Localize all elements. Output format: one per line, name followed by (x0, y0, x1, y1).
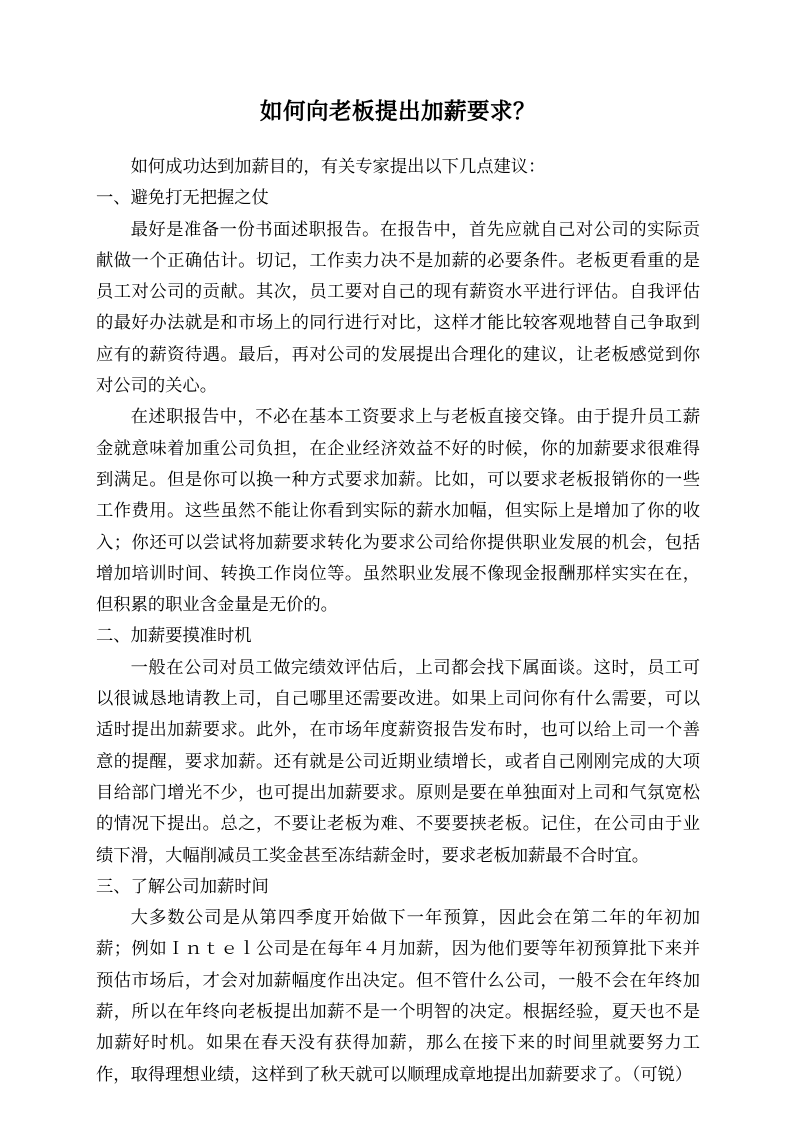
section-3-paragraph-1: 大多数公司是从第四季度开始做下一年预算，因此会在第二年的年初加薪；例如Ｉｎｔｅｌ… (96, 902, 700, 1090)
document-body: 如何成功达到加薪目的，有关专家提出以下几点建议： 一、避免打无把握之仗 最好是准… (96, 151, 700, 1090)
document-title: 如何向老板提出加薪要求？ (96, 97, 700, 127)
section-2-paragraph-1: 一般在公司对员工做完绩效评估后，上司都会找下属面谈。这时，员工可以很诚恳地请教上… (96, 652, 700, 871)
section-1-paragraph-2: 在述职报告中，不必在基本工资要求上与老板直接交锋。由于提升员工薪金就意味着加重公… (96, 401, 700, 620)
section-3-heading: 三、了解公司加薪时间 (96, 871, 700, 902)
document-page: 如何向老板提出加薪要求？ 如何成功达到加薪目的，有关专家提出以下几点建议： 一、… (0, 0, 793, 1122)
section-1-paragraph-1: 最好是准备一份书面述职报告。在报告中，首先应就自己对公司的实际贡献做一个正确估计… (96, 214, 700, 402)
section-2-heading: 二、加薪要摸准时机 (96, 620, 700, 651)
intro-paragraph: 如何成功达到加薪目的，有关专家提出以下几点建议： (96, 151, 700, 182)
section-1-heading: 一、避免打无把握之仗 (96, 182, 700, 213)
